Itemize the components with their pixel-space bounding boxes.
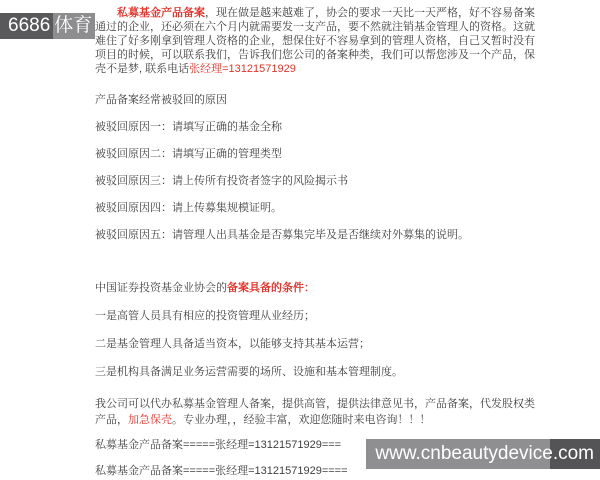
intro-contact-phone: 张经理=13121571929 [189,63,296,75]
intro-line-1: 私募基金产品备案，现在做是越来越难了，协会的要求一天比一天严格，好不容易备案 [95,6,555,20]
reject-item-4: 被驳回原因四：请上传募集规模证明。 [95,201,555,215]
conditions-heading-prefix: 中国证券投资基金业协会的 [95,282,227,294]
service-paragraph: 我公司可以代办私募基金管理人备案，提供高管，提供法律意见书，产品备案，代发股权类… [95,396,555,428]
service-urgent-keyword: 加急保壳 [128,414,172,426]
service-line-2-post: 。专业办理，，经验丰富，欢迎您随时来电咨询！！！ [172,414,431,426]
article-body: 私募基金产品备案，现在做是越来越难了，协会的要求一天比一天严格，好不容易备案 通… [95,6,555,478]
watermark-6686-label: 体育 [53,13,95,39]
reject-item-2: 被驳回原因二：请填写正确的管理类型 [95,147,555,161]
intro-line-5-text: 壳不是梦, 联系电话 [95,63,189,75]
watermark-site-text: www.cnbeautydevice.com [375,443,594,465]
intro-title-keyword: 私募基金产品备案 [117,7,205,19]
article-page: 私募基金产品备案，现在做是越来越难了，协会的要求一天比一天严格，好不容易备案 通… [0,0,600,480]
intro-line-3: 难住了好多刚拿到管理人资格的企业，想保住好不容易拿到的管理人资格，自己又暂时没有 [95,34,555,48]
condition-item-1: 一是高管人员具有相应的投资管理从业经历； [95,309,555,323]
watermark-site-url: www.cnbeautydevice.com [366,439,600,469]
intro-line-1-rest: ，现在做是越来越难了，协会的要求一天比一天严格，好不容易备案 [205,7,535,19]
condition-item-2: 二是基金管理人具备适当资本，以能够支持其基本运营； [95,337,555,351]
intro-line-4: 项目的时候，可以联系我们，告诉我们您公司的备案种类，我们可以帮您涉及一个产品，保 [95,48,555,62]
service-line-1: 我公司可以代办私募基金管理人备案，提供高管，提供法律意见书，产品备案，代发股权类 [95,396,555,412]
service-line-2: 产品，加急保壳。专业办理，，经验丰富，欢迎您随时来电咨询！！！ [95,412,555,428]
reject-item-5: 被驳回原因五：请管理人出具基金是否募集完毕及是否继续对外募集的说明。 [95,228,555,242]
condition-item-3: 三是机构具备满足业务运营需要的场所、设施和基本管理制度。 [95,365,555,379]
reject-item-3: 被驳回原因三：请上传所有投资者签字的风险揭示书 [95,174,555,188]
watermark-6686-numbers: 6686 [0,13,53,39]
service-line-2-pre: 产品， [95,414,128,426]
conditions-heading-keyword: 备案具备的条件： [227,282,315,294]
intro-paragraph: 私募基金产品备案，现在做是越来越难了，协会的要求一天比一天严格，好不容易备案 通… [95,6,555,76]
reject-item-1: 被驳回原因一：请填写正确的基金全称 [95,120,555,134]
intro-line-2: 通过的企业，还必须在六个月内就需要发一支产品，要不然就注销基金管理人的资格。这就 [95,20,555,34]
watermark-6686-sports: 6686 体育 [0,13,95,39]
reject-section-heading: 产品备案经常被驳回的原因 [95,93,555,107]
conditions-section-heading: 中国证券投资基金业协会的备案具备的条件： [95,281,555,295]
intro-line-5: 壳不是梦, 联系电话张经理=13121571929 [95,62,555,76]
